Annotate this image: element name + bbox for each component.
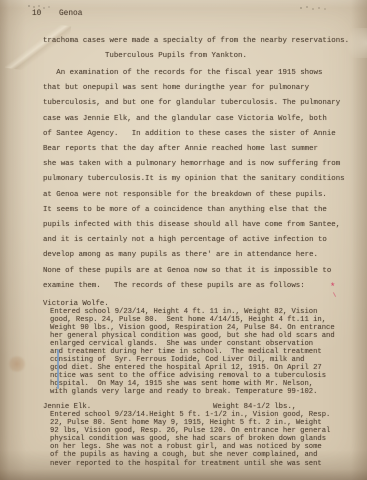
record-jennie-elk-text: Entered school 9/23/14.Height 5 ft. 1-1/… xyxy=(50,411,330,468)
record-name-victoria-wolfe: Victoria Wolfe. xyxy=(43,300,109,308)
record-victoria-wolfe-text: Entered school 9/23/14, Height 4 ft. 11 … xyxy=(50,308,335,397)
main-paragraph: An examination of the records for the fi… xyxy=(43,66,345,294)
page-title: Genoa xyxy=(59,10,82,18)
record-name-jennie-elk: Jennie Elk. xyxy=(43,403,91,411)
red-asterisk-annotation: * xyxy=(330,282,335,292)
pencil-scuff-right xyxy=(300,7,302,9)
paper-stain xyxy=(8,356,26,372)
record-jennie-elk-weight-note: Weight 84-1/2 lbs., xyxy=(213,403,296,411)
intro-line: trachoma cases were made a specialty of … xyxy=(43,37,349,45)
page-number: 10 xyxy=(32,10,41,18)
blue-margin-mark xyxy=(57,349,59,389)
section-heading: Tuberculous Pupils from Yankton. xyxy=(105,52,247,60)
pencil-scuff-left xyxy=(28,5,30,7)
scanned-document-page: 10 Genoa trachoma cases were made a spec… xyxy=(0,0,367,480)
